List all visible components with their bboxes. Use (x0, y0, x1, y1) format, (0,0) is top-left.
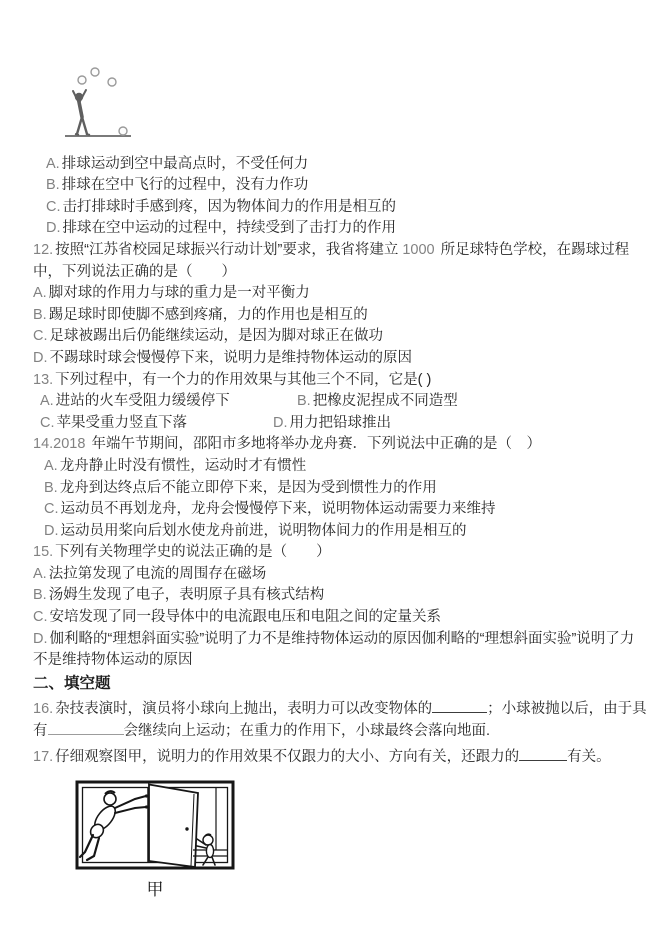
q15-option-d-letter: D. (33, 631, 48, 647)
question-14-number: 14.2018 (33, 436, 85, 452)
question-12-stem: 12.按照“江苏省校园足球振兴行动计划”要求，我省将建立 1000 所足球特色学… (33, 240, 647, 283)
question-14-stem-text: 年端午节期间，邵阳市多地将举办龙舟赛．下列说法中正确的是（ ） (87, 436, 541, 452)
q11-option-a-letter: A. (46, 156, 60, 172)
q11-option-a: A.排球运动到空中最高点时，不受任何力 (46, 154, 647, 176)
q17-blank-1 (519, 747, 567, 761)
q13-options-row2: C.苹果受重力竖直下落D.用力把铅球推出 (40, 413, 647, 435)
q16-blank-2 (48, 721, 124, 735)
q12-option-a: A.脚对球的作用力与球的重力是一对平衡力 (33, 283, 647, 305)
q14-option-a-letter: A. (44, 458, 58, 474)
q15-option-d: D.伽利略的“理想斜面实验”说明了力不是维持物体运动的原因伽利略的“理想斜面实验… (33, 629, 647, 672)
question-16-number: 16. (33, 701, 53, 717)
q12-option-c: C.足球被踢出后仍能继续运动，是因为脚对球正在做功 (33, 326, 647, 348)
q13-option-b-text: 把橡皮泥捏成不同造型 (313, 393, 458, 409)
q12-option-d: D.不踢球时球会慢慢停下来，说明力是维持物体运动的原因 (33, 348, 647, 370)
q14-option-d-letter: D. (44, 523, 59, 539)
q15-option-b-letter: B. (33, 587, 47, 603)
figure-jia: 甲 (75, 780, 235, 900)
q15-option-c-text: 安培发现了同一段导体中的电流跟电压和电阻之间的定量关系 (50, 609, 442, 625)
q13-option-b-letter: B. (297, 393, 311, 409)
q14-option-a: A.龙舟静止时没有惯性，运动时才有惯性 (44, 456, 647, 478)
q11-option-a-text: 排球运动到空中最高点时，不受任何力 (62, 156, 309, 172)
question-14-stem: 14.2018 年端午节期间，邵阳市多地将举办龙舟赛．下列说法中正确的是（ ） (33, 434, 647, 456)
q14-option-c-letter: C. (44, 501, 59, 517)
q14-option-c-text: 运动员不再划龙舟，龙舟会慢慢停下来，说明物体运动需要力来维持 (61, 501, 496, 517)
q12-option-c-text: 足球被踢出后仍能继续运动，是因为脚对球正在做功 (50, 328, 384, 344)
question-12-number: 12. (33, 242, 53, 258)
q13-option-d-text: 用力把铅球推出 (290, 415, 392, 431)
q11-option-d-letter: D. (46, 220, 61, 236)
q13-option-a-letter: A. (40, 393, 54, 409)
q12-option-b: B.踢足球时即使脚不感到疼痛，力的作用也是相互的 (33, 305, 647, 327)
q15-option-b-text: 汤姆生发现了电子，表明原子具有核式结构 (49, 587, 325, 603)
q15-option-b: B.汤姆生发现了电子，表明原子具有核式结构 (33, 585, 647, 607)
q13-option-a-text: 进站的火车受阻力缓缓停下 (56, 393, 230, 409)
q13-options-row1: A.进站的火车受阻力缓缓停下B.把橡皮泥捏成不同造型 (40, 391, 647, 413)
figure-jia-caption: 甲 (75, 880, 235, 900)
question-12-stem-a: 按照“江苏省校园足球振兴行动计划”要求，我省将建立 (55, 242, 402, 258)
question-17-text-1: 仔细观察图甲，说明力的作用效果不仅跟力的大小、方向有关，还跟力的 (55, 749, 519, 765)
question-15-number: 15. (33, 544, 53, 560)
q13-option-d-letter: D. (273, 415, 288, 431)
question-15-stem: 15.下列有关物理学史的说法正确的是（ ） (33, 542, 647, 564)
q15-option-c: C.安培发现了同一段导体中的电流跟电压和电阻之间的定量关系 (33, 607, 647, 629)
volleyball-juggler-figure (57, 63, 162, 141)
q14-option-a-text: 龙舟静止时没有惯性，运动时才有惯性 (60, 458, 307, 474)
q15-option-a: A.法拉第发现了电流的周围存在磁场 (33, 564, 647, 586)
question-17: 17.仔细观察图甲，说明力的作用效果不仅跟力的大小、方向有关，还跟力的有关。 (33, 747, 647, 769)
q12-option-a-letter: A. (33, 285, 47, 301)
door-pushing-figure (75, 780, 235, 870)
q11-option-d-text: 排球在空中运动的过程中，持续受到了击打力的作用 (63, 220, 397, 236)
q14-option-d: D.运动员用桨向后划水使龙舟前进，说明物体间力的作用是相互的 (44, 521, 647, 543)
q11-option-d: D.排球在空中运动的过程中，持续受到了击打力的作用 (46, 218, 647, 240)
q11-option-b: B.排球在空中飞行的过程中，没有力作功 (46, 175, 647, 197)
q14-option-b: B.龙舟到达终点后不能立即停下来，是因为受到惯性力的作用 (44, 478, 647, 500)
q11-option-c-letter: C. (46, 199, 61, 215)
question-16-text-1: 杂技表演时，演员将小球向上抛出，表明力可以改变物体的 (55, 701, 432, 717)
q14-option-d-text: 运动员用桨向后划水使龙舟前进，说明物体间力的作用是相互的 (61, 523, 467, 539)
question-13-number: 13. (33, 372, 53, 388)
question-16: 16.杂技表演时，演员将小球向上抛出，表明力可以改变物体的；小球被抛以后，由于具… (33, 699, 647, 742)
q13-option-c-letter: C. (40, 415, 55, 431)
q16-blank-1 (432, 699, 487, 713)
q15-option-a-letter: A. (33, 566, 47, 582)
q12-option-a-text: 脚对球的作用力与球的重力是一对平衡力 (49, 285, 310, 301)
q12-option-d-text: 不踢球时球会慢慢停下来，说明力是维持物体运动的原因 (50, 350, 413, 366)
worksheet-content: A.排球运动到空中最高点时，不受任何力 B.排球在空中飞行的过程中，没有力作功 … (0, 0, 661, 900)
q13-option-a: A.进站的火车受阻力缓缓停下 (40, 391, 297, 413)
q11-option-c-text: 击打排球时手感到疼，因为物体间力的作用是相互的 (63, 199, 397, 215)
q14-option-c: C.运动员不再划龙舟，龙舟会慢慢停下来，说明物体运动需要力来维持 (44, 499, 647, 521)
q11-option-b-letter: B. (46, 177, 60, 193)
q15-option-d-text: 伽利略的“理想斜面实验”说明了力不是维持物体运动的原因伽利略的“理想斜面实验”说… (33, 631, 634, 669)
question-15-stem-text: 下列有关物理学史的说法正确的是（ ） (55, 544, 331, 560)
question-17-text-2: 有关。 (567, 749, 611, 765)
question-17-number: 17. (33, 749, 53, 765)
q13-option-d: D.用力把铅球推出 (273, 415, 391, 431)
q14-option-b-letter: B. (44, 480, 58, 496)
q13-option-c-text: 苹果受重力竖直下落 (57, 415, 188, 431)
q13-option-b: B.把橡皮泥捏成不同造型 (297, 393, 458, 409)
q15-option-a-text: 法拉第发现了电流的周围存在磁场 (49, 566, 267, 582)
q12-option-b-letter: B. (33, 307, 47, 323)
section-2-title: 二、填空题 (33, 673, 647, 695)
q15-option-c-letter: C. (33, 609, 48, 625)
q11-option-c: C.击打排球时手感到疼，因为物体间力的作用是相互的 (46, 197, 647, 219)
q14-option-b-text: 龙舟到达终点后不能立即停下来，是因为受到惯性力的作用 (60, 480, 437, 496)
worksheet-page: A.排球运动到空中最高点时，不受任何力 B.排球在空中飞行的过程中，没有力作功 … (0, 0, 661, 936)
q12-option-b-text: 踢足球时即使脚不感到疼痛，力的作用也是相互的 (49, 307, 368, 323)
question-12-stem-number: 1000 (402, 242, 434, 258)
question-16-text-3: 会继续向上运动；在重力的作用下，小球最终会落向地面. (124, 723, 491, 739)
question-13-stem-text: 下列过程中，有一个力的作用效果与其他三个不同，它是( ) (55, 372, 431, 388)
q13-option-c: C.苹果受重力竖直下落 (40, 413, 273, 435)
q11-option-b-text: 排球在空中飞行的过程中，没有力作功 (62, 177, 309, 193)
q12-option-c-letter: C. (33, 328, 48, 344)
question-13-stem: 13.下列过程中，有一个力的作用效果与其他三个不同，它是( ) (33, 370, 647, 392)
q12-option-d-letter: D. (33, 350, 48, 366)
